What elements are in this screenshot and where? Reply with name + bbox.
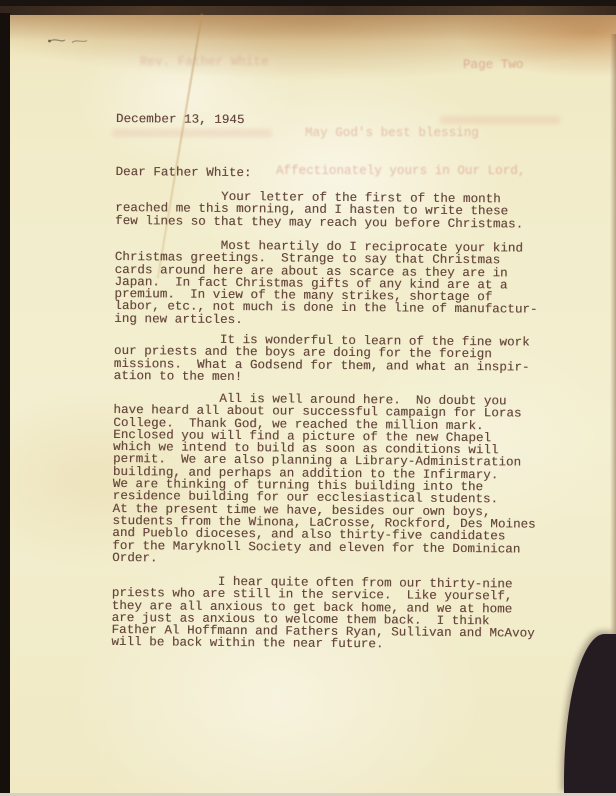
pencil-scribble-mark xyxy=(46,33,90,49)
letter-paragraph-4: All is well around here. No doubt you ha… xyxy=(112,392,537,568)
scan-edge-top-shadow xyxy=(0,6,616,15)
letter-paragraph-5: I hear quite often from our thirty-nine … xyxy=(111,575,535,652)
paper-top-discoloration xyxy=(0,15,616,41)
bleedthrough-page-number: Page Two xyxy=(463,59,523,71)
letter-paragraph-1: Your letter of the first of the month re… xyxy=(115,190,523,230)
scan-edge-left xyxy=(0,13,10,793)
letter-date: December 13, 1945 xyxy=(116,113,245,126)
paper-edge-right-shadow xyxy=(610,34,616,634)
letter-salutation: Dear Father White: xyxy=(115,166,251,179)
letter-paragraph-2: Most heartily do I reciprocate your kind… xyxy=(114,239,538,329)
letter-paragraph-3: It is wonderful to learn of the fine wor… xyxy=(114,333,530,386)
bleedthrough-header-name: Rev. Father White xyxy=(140,56,268,68)
scanned-letter-page: Rev. Father White Page Two May God's bes… xyxy=(0,0,616,796)
letter-body: December 13, 1945 Dear Father White: You… xyxy=(115,113,576,228)
